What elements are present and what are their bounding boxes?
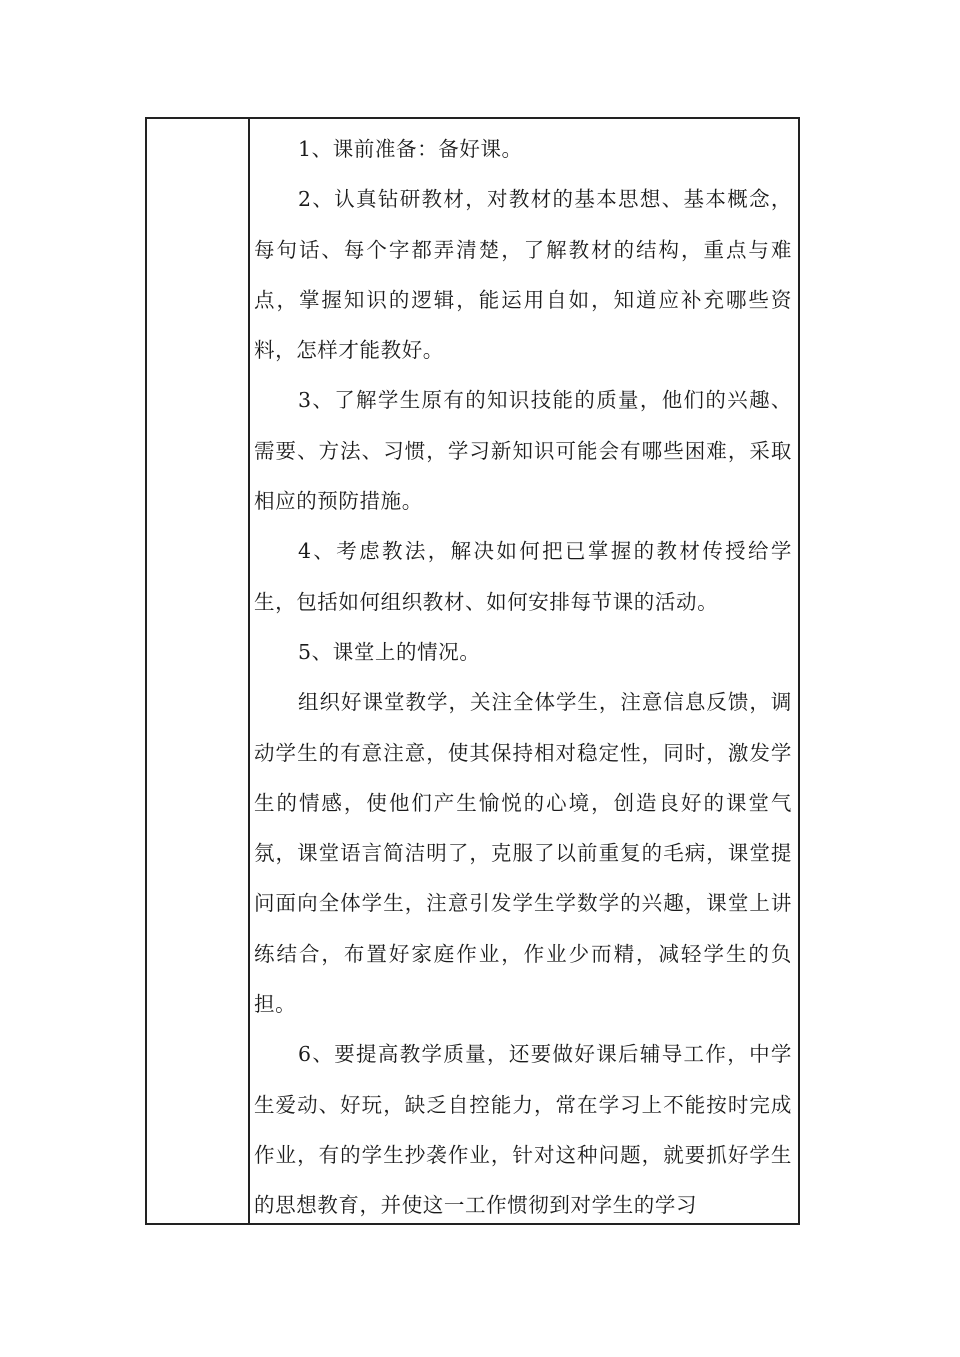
paragraph-5-classroom: 5、课堂上的情况。 — [254, 627, 792, 677]
document-page: 1、课前准备：备好课。 2、认真钻研教材，对教材的基本思想、基本概念，每句话、每… — [0, 0, 960, 1357]
paragraph-1-lesson-prep: 1、课前准备：备好课。 — [254, 124, 792, 174]
paragraph-3-understand-students: 3、了解学生原有的知识技能的质量，他们的兴趣、需要、方法、习惯，学习新知识可能会… — [254, 375, 792, 526]
table-right-cell: 1、课前准备：备好课。 2、认真钻研教材，对教材的基本思想、基本概念，每句话、每… — [250, 119, 798, 1223]
paragraph-5-classroom-detail: 组织好课堂教学，关注全体学生，注意信息反馈，调动学生的有意注意，使其保持相对稳定… — [254, 677, 792, 1029]
content-table: 1、课前准备：备好课。 2、认真钻研教材，对教材的基本思想、基本概念，每句话、每… — [145, 117, 800, 1225]
paragraph-2-study-textbook: 2、认真钻研教材，对教材的基本思想、基本概念，每句话、每个字都弄清楚，了解教材的… — [254, 174, 792, 375]
table-left-cell — [147, 119, 250, 1223]
paragraph-4-teaching-methods: 4、考虑教法，解决如何把已掌握的教材传授给学生，包括如何组织教材、如何安排每节课… — [254, 526, 792, 627]
paragraph-6-after-class-tutoring: 6、要提高教学质量，还要做好课后辅导工作，中学生爱动、好玩，缺乏自控能力，常在学… — [254, 1029, 792, 1223]
